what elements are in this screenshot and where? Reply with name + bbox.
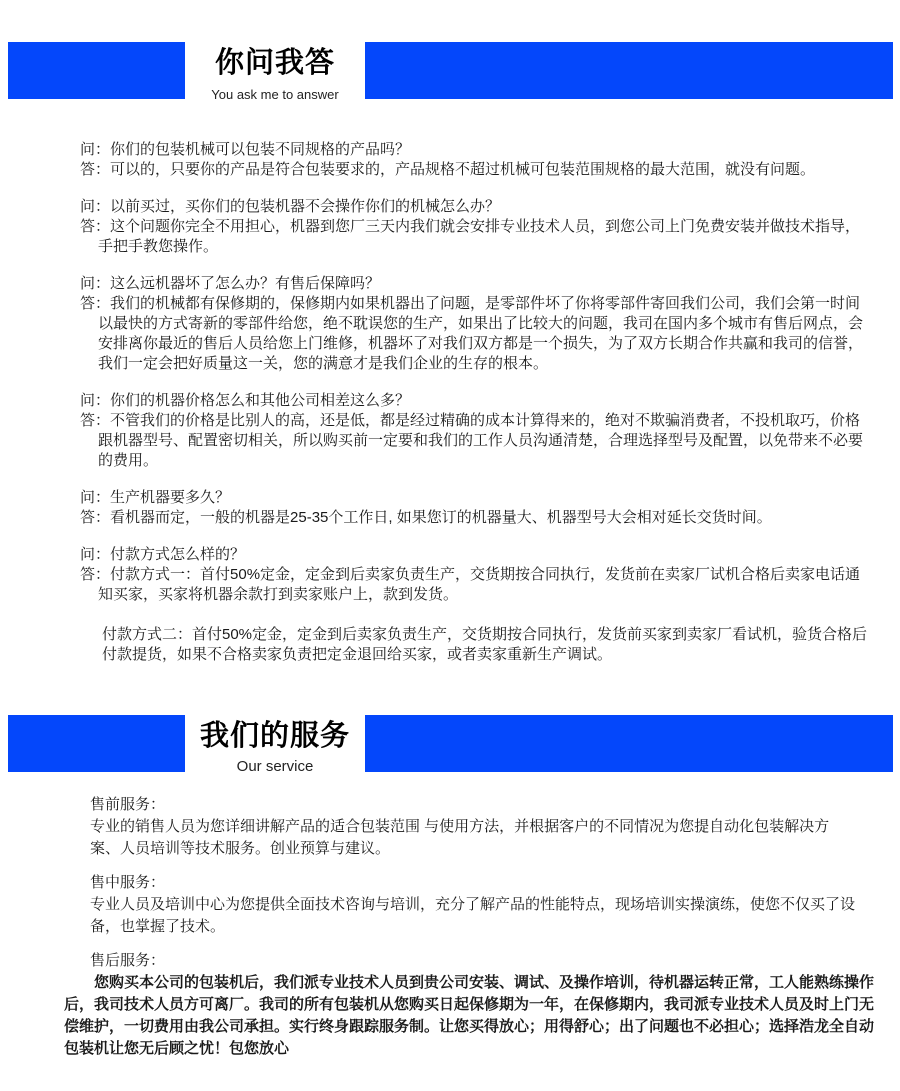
qa-header-right-bar xyxy=(365,42,893,99)
service-item-text: 专业的销售人员为您详细讲解产品的适合包装范围 与使用方法，并根据客户的不同情况为… xyxy=(90,816,858,860)
qa-section-header: 你问我答 You ask me to answer xyxy=(0,42,900,99)
qa-header-title-block: 你问我答 You ask me to answer xyxy=(185,42,365,99)
answer-label: 答： xyxy=(80,566,110,583)
qa-answer: 答：我们的机械都有保修期的，保修期内如果机器出了问题，是零部件坏了你将零部件寄回… xyxy=(80,294,872,374)
service-section-header: 我们的服务 Our service xyxy=(0,715,900,772)
qa-answer: 答：付款方式一：首付50%定金，定金到后卖家负责生产，交货期按合同执行，发货前在… xyxy=(80,565,872,605)
answer-label: 答： xyxy=(80,295,110,312)
question-label: 问： xyxy=(80,392,110,409)
qa-item: 问：付款方式怎么样的？ 答：付款方式一：首付50%定金，定金到后卖家负责生产，交… xyxy=(80,545,872,605)
qa-question: 问：生产机器要多久？ xyxy=(80,488,872,508)
qa-question: 问：以前买过，买你们的包装机器不会操作你们的机械怎么办？ xyxy=(80,197,872,217)
service-item: 售中服务： 专业人员及培训中心为您提供全面技术咨询与培训，充分了解产品的性能特点… xyxy=(90,872,858,938)
service-item-label: 售前服务： xyxy=(90,794,858,816)
qa-answer: 答：这个问题你完全不用担心，机器到您厂三天内我们就会安排专业技术人员，到您公司上… xyxy=(80,217,872,257)
service-header-right-bar xyxy=(365,715,893,772)
payment-method-2-paragraph: 付款方式二：首付50%定金，定金到后卖家负责生产，交货期按合同执行，发货前买家到… xyxy=(102,625,872,665)
answer-text: 看机器而定，一般的机器是25-35个工作日, 如果您订的机器量大、机器型号大会相… xyxy=(110,509,772,526)
answer-text: 付款方式一：首付50%定金，定金到后卖家负责生产，交货期按合同执行，发货前在卖家… xyxy=(98,566,860,603)
answer-label: 答： xyxy=(80,412,110,429)
service-item: 售后服务： 您购买本公司的包装机后，我们派专业技术人员到贵公司安装、调试、及操作… xyxy=(90,950,858,1060)
service-header-left-bar xyxy=(8,715,185,772)
question-text: 你们的机器价格怎么和其他公司相差这么多？ xyxy=(110,392,410,409)
question-text: 以前买过，买你们的包装机器不会操作你们的机械怎么办？ xyxy=(110,198,500,215)
service-item-label: 售中服务： xyxy=(90,872,858,894)
service-item-text: 专业人员及培训中心为您提供全面技术咨询与培训，充分了解产品的性能特点，现场培训实… xyxy=(90,894,858,938)
service-header-title-block: 我们的服务 Our service xyxy=(185,715,365,772)
qa-header-left-bar xyxy=(8,42,185,99)
answer-text: 可以的，只要你的产品是符合包装要求的，产品规格不超过机械可包装范围规格的最大范围… xyxy=(110,161,815,178)
qa-section-subtitle: You ask me to answer xyxy=(211,87,338,102)
service-item-text: 您购买本公司的包装机后，我们派专业技术人员到贵公司安装、调试、及操作培训，待机器… xyxy=(64,972,878,1060)
qa-list: 问：你们的包装机械可以包装不同规格的产品吗？ 答：可以的，只要你的产品是符合包装… xyxy=(80,140,872,665)
qa-question: 问：这么远机器坏了怎么办？有售后保障吗？ xyxy=(80,274,872,294)
qa-question: 问：你们的包装机械可以包装不同规格的产品吗？ xyxy=(80,140,872,160)
qa-section-title: 你问我答 xyxy=(215,49,335,78)
question-label: 问： xyxy=(80,546,110,563)
qa-item: 问：生产机器要多久？ 答：看机器而定，一般的机器是25-35个工作日, 如果您订… xyxy=(80,488,872,528)
qa-item: 问：以前买过，买你们的包装机器不会操作你们的机械怎么办？ 答：这个问题你完全不用… xyxy=(80,197,872,257)
answer-text: 这个问题你完全不用担心，机器到您厂三天内我们就会安排专业技术人员，到您公司上门免… xyxy=(98,218,860,255)
question-text: 这么远机器坏了怎么办？有售后保障吗？ xyxy=(110,275,380,292)
service-item-label: 售后服务： xyxy=(90,950,858,972)
answer-label: 答： xyxy=(80,161,110,178)
question-text: 付款方式怎么样的？ xyxy=(110,546,245,563)
qa-answer: 答：看机器而定，一般的机器是25-35个工作日, 如果您订的机器量大、机器型号大… xyxy=(80,508,872,528)
service-item: 售前服务： 专业的销售人员为您详细讲解产品的适合包装范围 与使用方法，并根据客户… xyxy=(90,794,858,860)
question-text: 生产机器要多久？ xyxy=(110,489,230,506)
qa-answer: 答：不管我们的价格是比别人的高，还是低，都是经过精确的成本计算得来的，绝对不欺骗… xyxy=(80,411,872,471)
service-section-subtitle: Our service xyxy=(237,758,314,775)
qa-item: 问：你们的包装机械可以包装不同规格的产品吗？ 答：可以的，只要你的产品是符合包装… xyxy=(80,140,872,180)
question-text: 你们的包装机械可以包装不同规格的产品吗？ xyxy=(110,141,410,158)
qa-item: 问：这么远机器坏了怎么办？有售后保障吗？ 答：我们的机械都有保修期的，保修期内如… xyxy=(80,274,872,374)
service-section-title: 我们的服务 xyxy=(200,722,350,751)
question-label: 问： xyxy=(80,198,110,215)
answer-label: 答： xyxy=(80,509,110,526)
qa-answer: 答：可以的，只要你的产品是符合包装要求的，产品规格不超过机械可包装范围规格的最大… xyxy=(80,160,872,180)
qa-item: 问：你们的机器价格怎么和其他公司相差这么多？ 答：不管我们的价格是比别人的高，还… xyxy=(80,391,872,471)
answer-label: 答： xyxy=(80,218,110,235)
question-label: 问： xyxy=(80,489,110,506)
qa-question: 问：你们的机器价格怎么和其他公司相差这么多？ xyxy=(80,391,872,411)
qa-question: 问：付款方式怎么样的？ xyxy=(80,545,872,565)
answer-text: 不管我们的价格是比别人的高，还是低，都是经过精确的成本计算得来的，绝对不欺骗消费… xyxy=(98,412,863,469)
question-label: 问： xyxy=(80,141,110,158)
question-label: 问： xyxy=(80,275,110,292)
answer-text: 我们的机械都有保修期的，保修期内如果机器出了问题，是零部件坏了你将零部件寄回我们… xyxy=(98,295,863,372)
service-list: 售前服务： 专业的销售人员为您详细讲解产品的适合包装范围 与使用方法，并根据客户… xyxy=(90,794,858,1060)
